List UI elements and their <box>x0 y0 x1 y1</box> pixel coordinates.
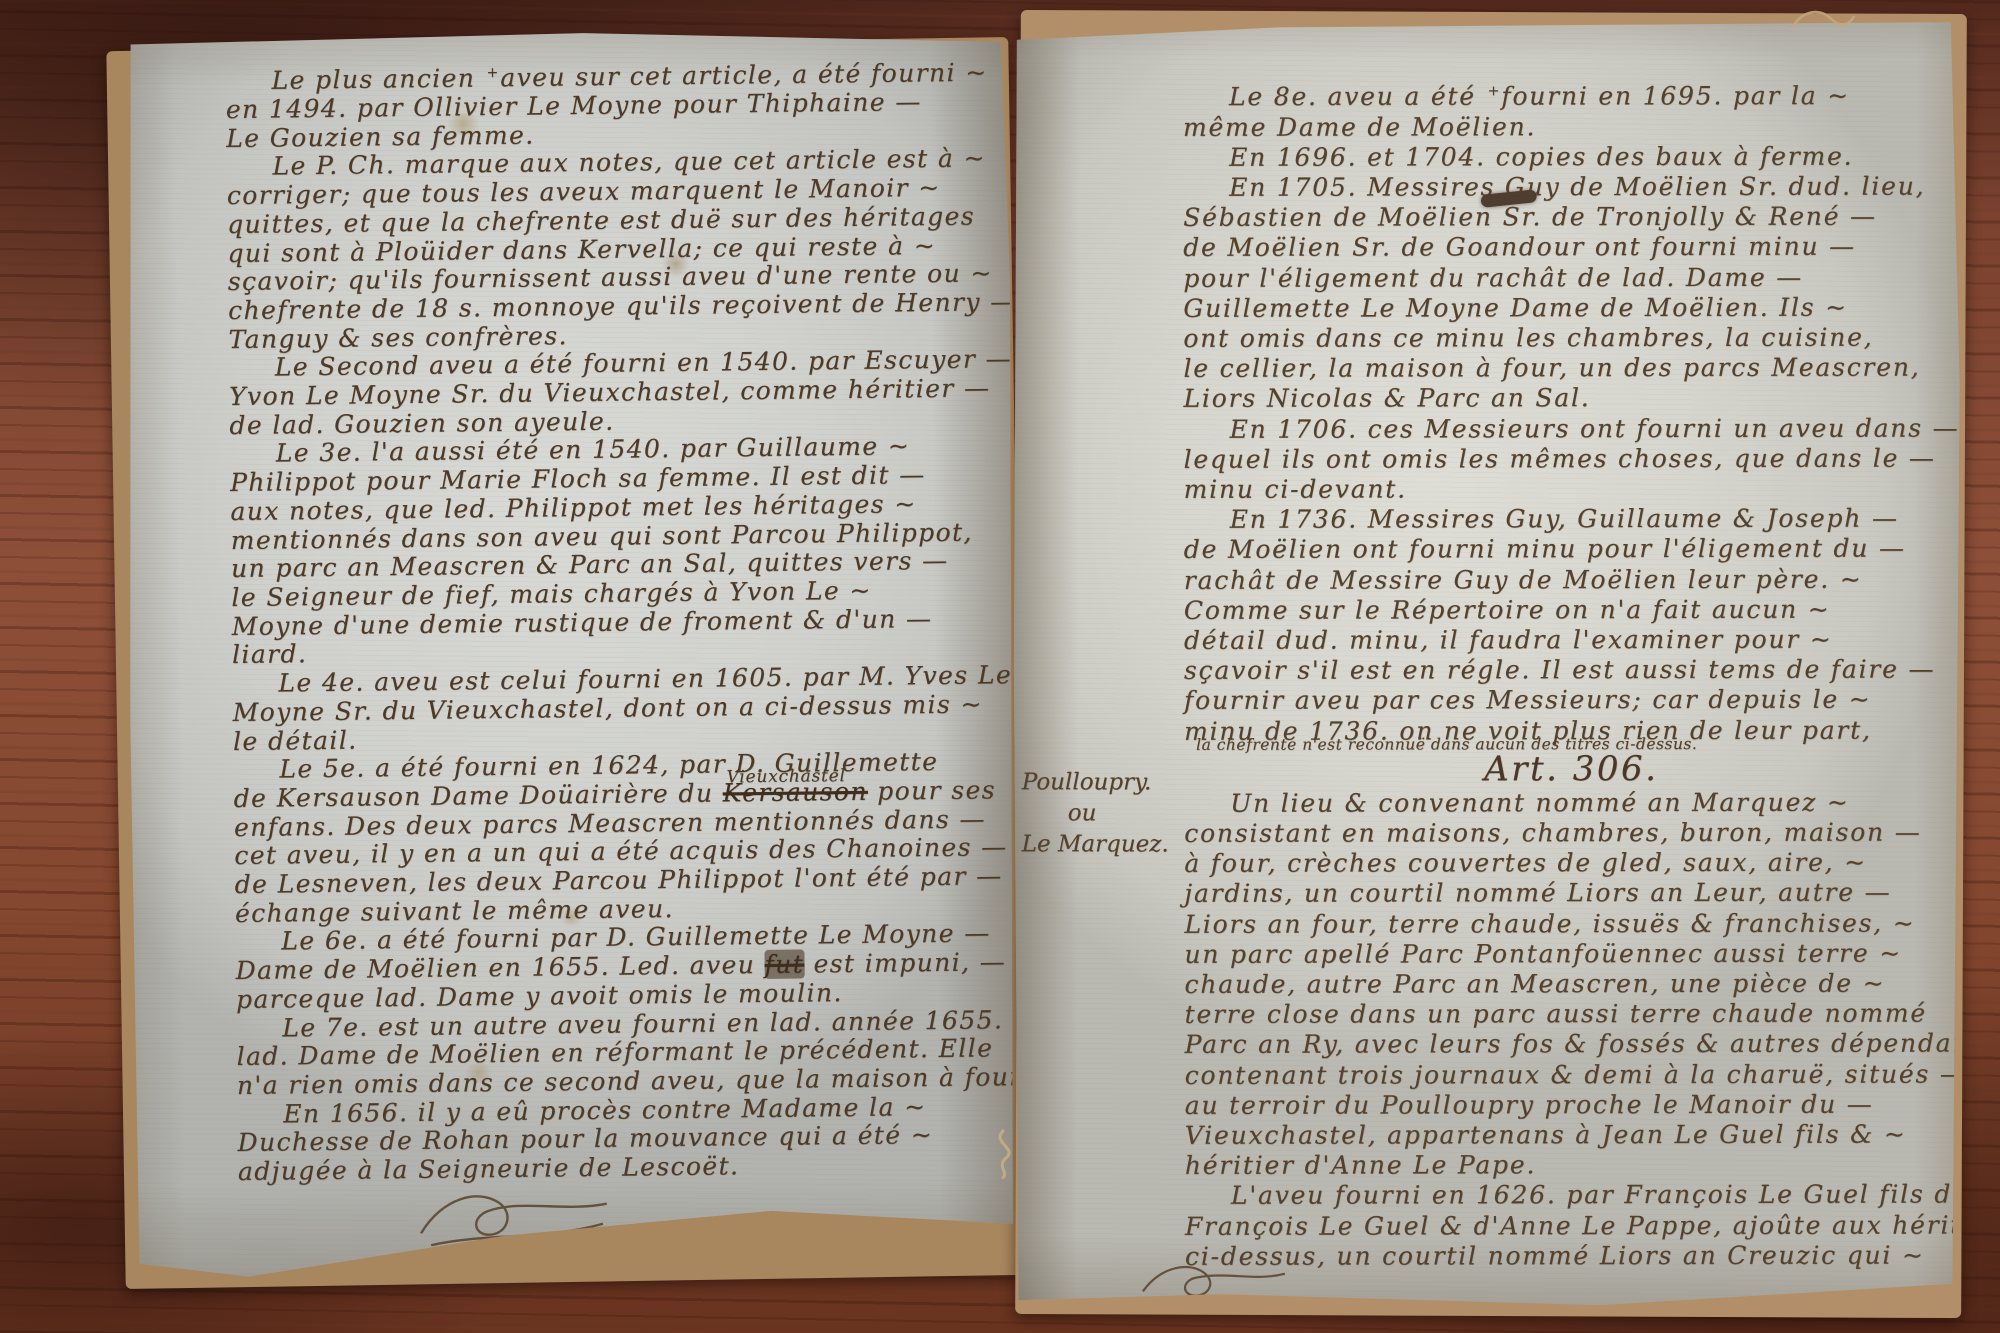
margin-note-line: Poulloupry. <box>1022 767 1169 798</box>
manuscript-line: de Moëlien ont fourni minu pour l'éligem… <box>1184 534 1956 566</box>
manuscript-line: Comme sur le Répertoire on n'a fait aucu… <box>1184 594 1956 626</box>
manuscript-line: Le 8e. aveu a été +fourni en 1695. par l… <box>1183 75 1955 112</box>
binding-thread <box>980 1128 1030 1180</box>
manuscript-line: François Le Guel & d'Anne Le Pappe, ajoû… <box>1185 1210 1957 1242</box>
manuscript-line: minu ci-devant. <box>1184 473 1956 505</box>
manuscript-line: un parc apellé Parc Pontanfoüennec aussi… <box>1184 938 1956 970</box>
manuscript-line: Liors an four, terre chaude, issuës & fr… <box>1184 908 1956 940</box>
margin-note-line: ou <box>1022 798 1169 829</box>
article-heading: Art. 306. <box>1184 749 1956 788</box>
margin-note-line: Le Marquez. <box>1022 829 1169 860</box>
line-text: fourni en 1695. par la ~ <box>1501 81 1850 111</box>
line-text: est impuni, — <box>804 947 1006 978</box>
manuscript-line: chaude, autre Parc an Meascren, une pièc… <box>1185 968 1957 1000</box>
manuscript-line: Liors Nicolas & Parc an Sal. <box>1183 383 1955 415</box>
manuscript-line: ci-dessus, un courtil nommé Liors an Cre… <box>1185 1240 1957 1272</box>
manuscript-line: En 1705. Messires Guy de Moëlien Sr. dud… <box>1183 171 1955 203</box>
manuscript-page-left: Le plus ancien +aveu sur cet article, a … <box>123 28 1020 1284</box>
right-page-text: Le 8e. aveu a été +fourni en 1695. par l… <box>1183 75 1957 1271</box>
line-text: Le 8e. aveu a été <box>1229 82 1486 111</box>
inserted-word: Vieuxchastel <box>726 762 846 792</box>
manuscript-page-right: Poulloupry. ou Le Marquez. Le 8e. aveu a… <box>1011 19 1963 1315</box>
wooden-table: Le plus ancien +aveu sur cet article, a … <box>0 0 2000 1333</box>
left-page-text: Le plus ancien +aveu sur cet article, a … <box>225 53 1016 1187</box>
manuscript-line: contenant trois journaux & demi à la cha… <box>1185 1059 1957 1091</box>
manuscript-line: Guillemette Le Moyne Dame de Moëlien. Il… <box>1183 292 1955 324</box>
margin-note: Poulloupry. ou Le Marquez. <box>1022 767 1169 860</box>
manuscript-line: Parc an Ry, avec leurs fos & fossés & au… <box>1185 1029 1957 1061</box>
manuscript-line: détail dud. minu, il faudra l'examiner p… <box>1184 624 1956 656</box>
manuscript-line: adjugée à la Seigneurie de Lescoët. <box>238 1149 1016 1187</box>
manuscript-line: consistant en maisons, chambres, buron, … <box>1184 817 1956 849</box>
manuscript-line: terre close dans un parc aussi terre cha… <box>1185 999 1957 1031</box>
manuscript-line: Vieuxchastel, appartenans à Jean Le Guel… <box>1185 1120 1957 1152</box>
manuscript-line: En 1736. Messires Guy, Guillaume & Josep… <box>1184 504 1956 536</box>
manuscript-line: L'aveu fourni en 1626. par François Le G… <box>1185 1180 1957 1212</box>
manuscript-line: même Dame de Moëlien. <box>1183 111 1955 143</box>
manuscript-line: En 1696. et 1704. copies des baux à ferm… <box>1183 141 1955 173</box>
manuscript-line: sçavoir s'il est en régle. Il est aussi … <box>1184 655 1956 687</box>
struck-word: fut <box>764 950 804 979</box>
line-text: Le plus ancien <box>271 63 484 94</box>
manuscript-line: le cellier, la maison à four, un des par… <box>1183 353 1955 385</box>
manuscript-line: jardins, un courtil nommé Liors an Leur,… <box>1184 878 1956 910</box>
correction: VieuxchastelKersauson <box>723 778 868 808</box>
line-text: pour ses <box>868 775 996 805</box>
manuscript-line: pour l'éligement du rachât de lad. Dame … <box>1183 262 1955 294</box>
manuscript-line: rachât de Messire Guy de Moëlien leur pè… <box>1184 564 1956 596</box>
manuscript-line: ont omis dans ce minu les chambres, la c… <box>1183 322 1955 354</box>
manuscript-line: fournir aveu par ces Messieurs; car depu… <box>1184 685 1956 717</box>
manuscript-line: au terroir du Poulloupry proche le Manoi… <box>1185 1089 1957 1121</box>
insertion-mark: + <box>486 65 498 81</box>
manuscript-line: En 1706. ces Messieurs ont fourni un ave… <box>1184 413 1956 445</box>
manuscript-line: de Moëlien Sr. de Goandour ont fourni mi… <box>1183 232 1955 264</box>
manuscript-line: à four, crèches couvertes de gled, saux,… <box>1184 848 1956 880</box>
manuscript-line: héritier d'Anne Le Pape. <box>1185 1150 1957 1182</box>
manuscript-line: Un lieu & convenant nommé an Marquez ~ <box>1184 787 1956 819</box>
binding-thread <box>1790 6 1860 36</box>
manuscript-line: Sébastien de Moëlien Sr. de Tronjolly & … <box>1183 202 1955 234</box>
insertion-mark: + <box>1488 83 1500 99</box>
manuscript-line: lequel ils ont omis les mêmes choses, qu… <box>1184 443 1956 475</box>
